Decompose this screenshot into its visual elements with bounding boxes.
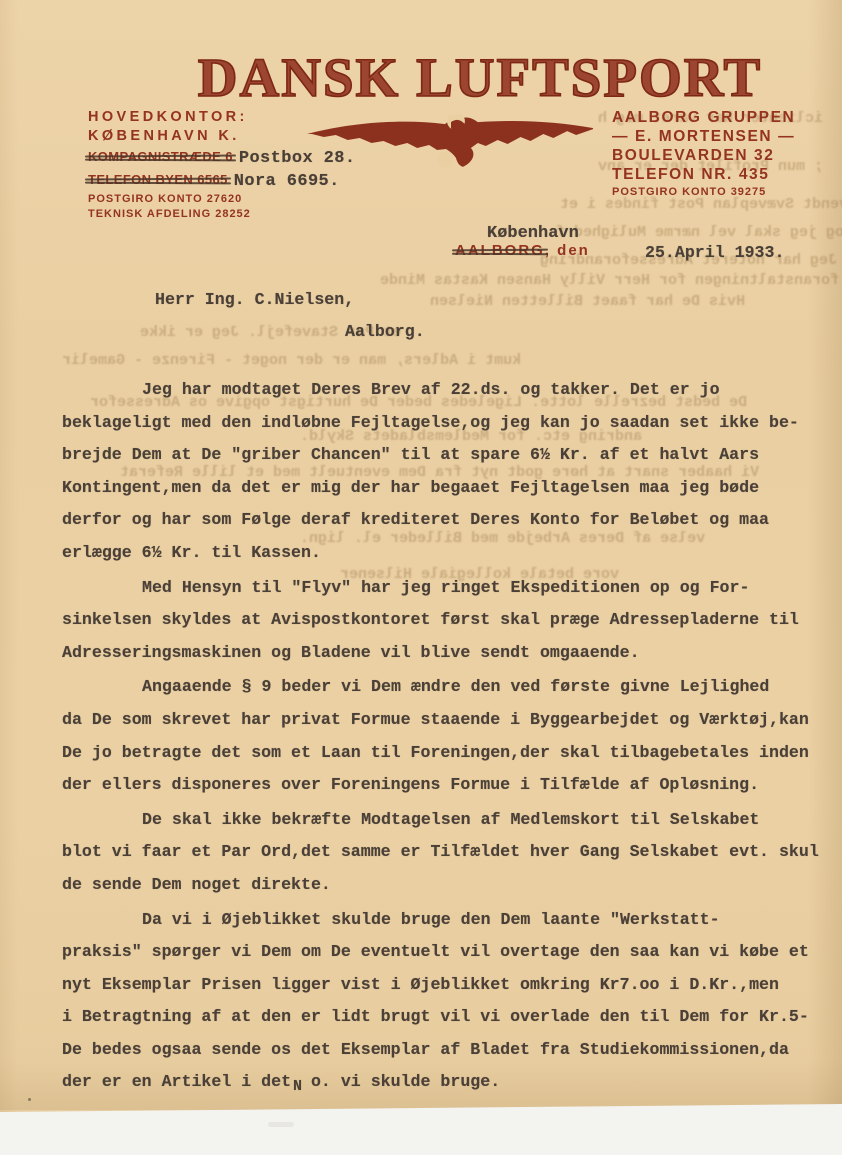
body-line: Jeg har modtaget Deres Brev af 22.ds. og… [62,374,828,407]
body-line: der er en Artikel i det o. vi skulde bru… [62,1066,828,1099]
body-line: erlægge 6½ Kr. til Kassen. [62,537,828,570]
typed-phone: Nora 6695. [234,172,340,191]
bleedthrough-text: kumt i Adlers, man er der noget - Firenz… [62,352,521,369]
dateline-suffix: , den [545,242,590,259]
body-line: beklageligt med den indløbne Fejltagelse… [62,407,828,440]
letterhead-title: DANSK LUFTSPORT [150,46,810,109]
letterhead-left-block: HOVEDKONTOR: KØBENHAVN K. KOMPAGNISTRÆDE… [88,108,355,222]
struck-street-text: KOMPAGNISTRÆDE 6 [88,146,233,167]
typed-postbox: Postbox 28. [239,149,356,168]
body-line: Adresseringsmaskinen og Bladene vil bliv… [62,637,828,670]
scan-speck [28,1098,31,1101]
body-line: brejde Dem at De "griber Chancen" til at… [62,439,828,472]
body-line: Med Hensyn til "Flyv" har jeg ringet Eks… [62,572,828,605]
recipient-name: Herr Ing. C.Nielsen, [155,290,354,309]
aalborg-gruppen-label: AALBORG GRUPPEN [612,108,795,127]
typed-date: 25.April 1933. [645,243,784,262]
body-line: i Betragtning af at den er lidt brugt vi… [62,1001,828,1034]
body-line: De bedes ogsaa sende os det Eksemplar af… [62,1034,828,1067]
scan-smudge [268,1122,294,1127]
body-line: nyt Eksemplar Prisen ligger vist i Øjebl… [62,969,828,1002]
body-line: Da vi i Øjeblikket skulde bruge den Dem … [62,904,828,937]
body-line: De skal ikke bekræfte Modtagelsen af Med… [62,804,828,837]
typed-insert-correction: N [293,1078,302,1095]
bleedthrough-text: Hvis De har faaet Billetten Nielsen [430,293,745,310]
body-line: da De som skrevet har privat Formue staa… [62,704,828,737]
recipient-city: Aalborg. [345,322,425,341]
scanned-letter-page: iclienter har været mig h; mun Profilet … [0,0,842,1155]
street-line: KOMPAGNISTRÆDE 6Postbox 28. [88,146,355,169]
letter-body: Jeg har modtaget Deres Brev af 22.ds. og… [62,372,828,1099]
struck-phone-text: TELEFON BYEN 6565 [88,169,228,190]
letterhead-right-block: AALBORG GRUPPEN — E. MORTENSEN — BOULEVA… [612,108,795,201]
body-line: blot vi faar et Par Ord,det samme er Til… [62,836,828,869]
struck-printed-city: AALBORG [455,242,545,259]
postgiro-right-label: POSTGIRO KONTO 39275 [612,184,795,201]
bleedthrough-text: og jeg skal vel nærme Mulighed f [556,224,842,241]
typed-city: København [487,224,579,243]
boulevarden-label: BOULEVARDEN 32 [612,146,795,165]
body-line: praksis" spørger vi Dem om De eventuelt … [62,936,828,969]
body-line: de sende Dem noget direkte. [62,869,828,902]
body-line: sinkelsen skyldes at Avispostkontoret fø… [62,604,828,637]
postgiro-label: POSTGIRO KONTO 27620 [88,192,355,207]
body-line: Kontingent,men da det er mig der har beg… [62,472,828,505]
bleedthrough-text: foranstaltningen for Herr Villy Hansen K… [380,272,839,289]
city-label: KØBENHAVN K. [88,127,355,146]
body-line: Angaaende § 9 beder vi Dem ændre den ved… [62,671,828,704]
telefon-label: TELEFON NR. 435 [612,165,795,184]
hovedkontor-label: HOVEDKONTOR: [88,108,355,127]
mortensen-label: — E. MORTENSEN — [612,127,795,146]
teknisk-afdeling-label: TEKNISK AFDELING 28252 [88,207,355,222]
dateline: AALBORG, den [455,242,590,260]
phone-line: TELEFON BYEN 6565Nora 6695. [88,169,355,192]
letter-paper: iclienter har været mig h; mun Profilet … [0,0,842,1155]
body-line: der ellers disponeres over Foreningens F… [62,769,828,802]
body-line: derfor og har som Følge deraf krediteret… [62,504,828,537]
body-line: De jo betragte det som et Laan til Foren… [62,737,828,770]
paper-edge-shadow-left [0,0,18,1112]
